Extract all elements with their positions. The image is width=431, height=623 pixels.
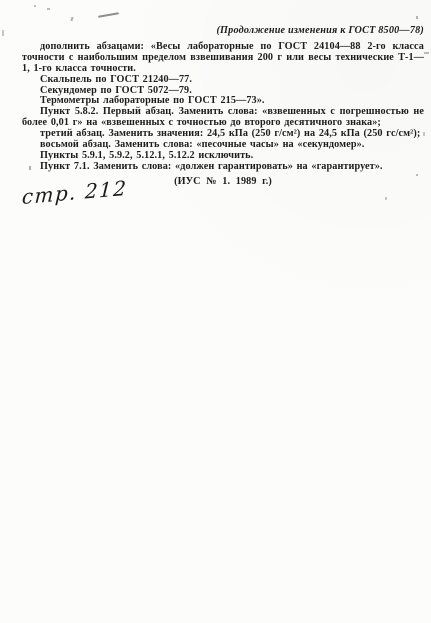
continuation-header: (Продолжение изменения к ГОСТ 8500—78) (22, 26, 424, 37)
scan-artifact (385, 197, 387, 200)
scan-artifact (98, 12, 119, 18)
scan-artifact (416, 16, 418, 19)
paragraph: дополнить абзацами: «Весы лабораторные п… (22, 42, 424, 75)
scan-artifact (423, 132, 425, 136)
scan-artifact (47, 8, 50, 10)
scan-artifact (29, 166, 31, 170)
paragraph: Пункт 5.8.2. Первый абзац. Заменить слов… (22, 107, 424, 129)
scan-artifact (34, 5, 36, 7)
scanned-page: (Продолжение изменения к ГОСТ 8500—78) д… (0, 0, 431, 623)
scan-artifact (416, 174, 418, 176)
scan-artifact (424, 52, 429, 54)
scan-artifact (70, 17, 73, 21)
paragraph: Скальпель по ГОСТ 21240—77. (22, 75, 424, 86)
scan-artifact (2, 30, 4, 36)
document-text-block: (Продолжение изменения к ГОСТ 8500—78) д… (22, 26, 424, 188)
paragraph: Пункт 7.1. Заменить слова: «должен гаран… (22, 162, 424, 173)
